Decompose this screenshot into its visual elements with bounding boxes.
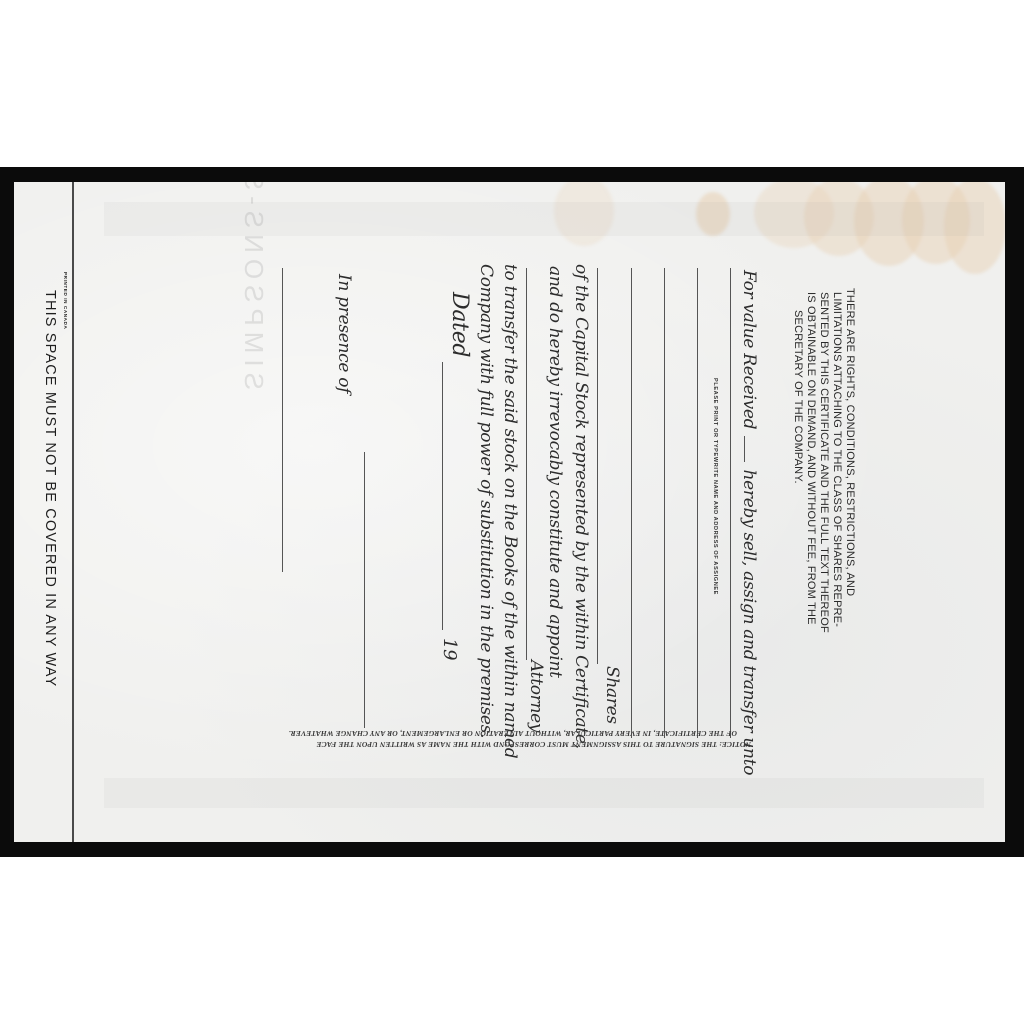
owner-signature-line[interactable] xyxy=(364,452,365,728)
legend-line: SENTED BY THIS CERTIFICATE AND THE FULL … xyxy=(818,292,830,633)
stub-divider xyxy=(72,182,74,842)
company-name-showthrough: SIMPSONS-SEARS LIMITED xyxy=(238,182,269,390)
legend-line: THERE ARE RIGHTS, CONDITIONS, RESTRICTIO… xyxy=(844,288,856,596)
date-line[interactable] xyxy=(442,362,443,630)
shares-label: Shares xyxy=(602,666,622,724)
assignee-line[interactable] xyxy=(730,268,731,738)
showthrough-band xyxy=(104,778,984,808)
showthrough-band xyxy=(104,202,984,236)
assignee-address-line[interactable] xyxy=(664,268,665,738)
attorney-label: Attorney xyxy=(526,660,546,732)
printed-in-canada: PRINTED IN CANADA xyxy=(63,272,68,329)
witness-signature-line[interactable] xyxy=(282,268,283,572)
assignment-line-2: and do hereby irrevocably constitute and… xyxy=(545,266,565,678)
legend-line: LIMITATIONS ATTACHING TO THE CLASS OF SH… xyxy=(831,292,843,627)
assignment-line-3: to transfer the said stock on the Books … xyxy=(500,264,520,758)
attorney-name-line[interactable] xyxy=(526,268,527,660)
notice-line-2: OF THE CERTIFICATE, IN EVERY PARTICULAR,… xyxy=(289,728,751,739)
assignment-intro: For value Received hereby sell, assign a… xyxy=(739,270,759,775)
legend-line: IS OBTAINABLE ON DEMAND, AND WITHOUT FEE… xyxy=(805,292,817,625)
assignee-caption: PLEASE PRINT OR TYPEWRITE NAME AND ADDRE… xyxy=(712,378,718,595)
assignee-address-line[interactable] xyxy=(697,268,698,738)
assignee-address-line[interactable] xyxy=(631,268,632,738)
signature-notice: NOTICE: THE SIGNATURE TO THIS ASSIGNMENT… xyxy=(289,728,751,750)
legend-line: SECRETARY OF THE COMPANY. xyxy=(792,310,804,484)
dated-label: Dated xyxy=(447,292,472,357)
year-prefix: 19 xyxy=(439,638,460,660)
stub-warning: THIS SPACE MUST NOT BE COVERED IN ANY WA… xyxy=(42,290,58,687)
notice-line-1: NOTICE: THE SIGNATURE TO THIS ASSIGNMENT… xyxy=(289,739,751,750)
assignment-line-1: of the Capital Stock represented by the … xyxy=(571,264,591,749)
shares-count-line[interactable] xyxy=(597,268,598,664)
certificate-paper: SIMPSONS-SEARS LIMITED PRINTED IN CANADA… xyxy=(14,182,1005,842)
assignment-line-4: Company with full power of substitution … xyxy=(476,264,496,738)
presence-label: In presence of xyxy=(334,274,354,393)
